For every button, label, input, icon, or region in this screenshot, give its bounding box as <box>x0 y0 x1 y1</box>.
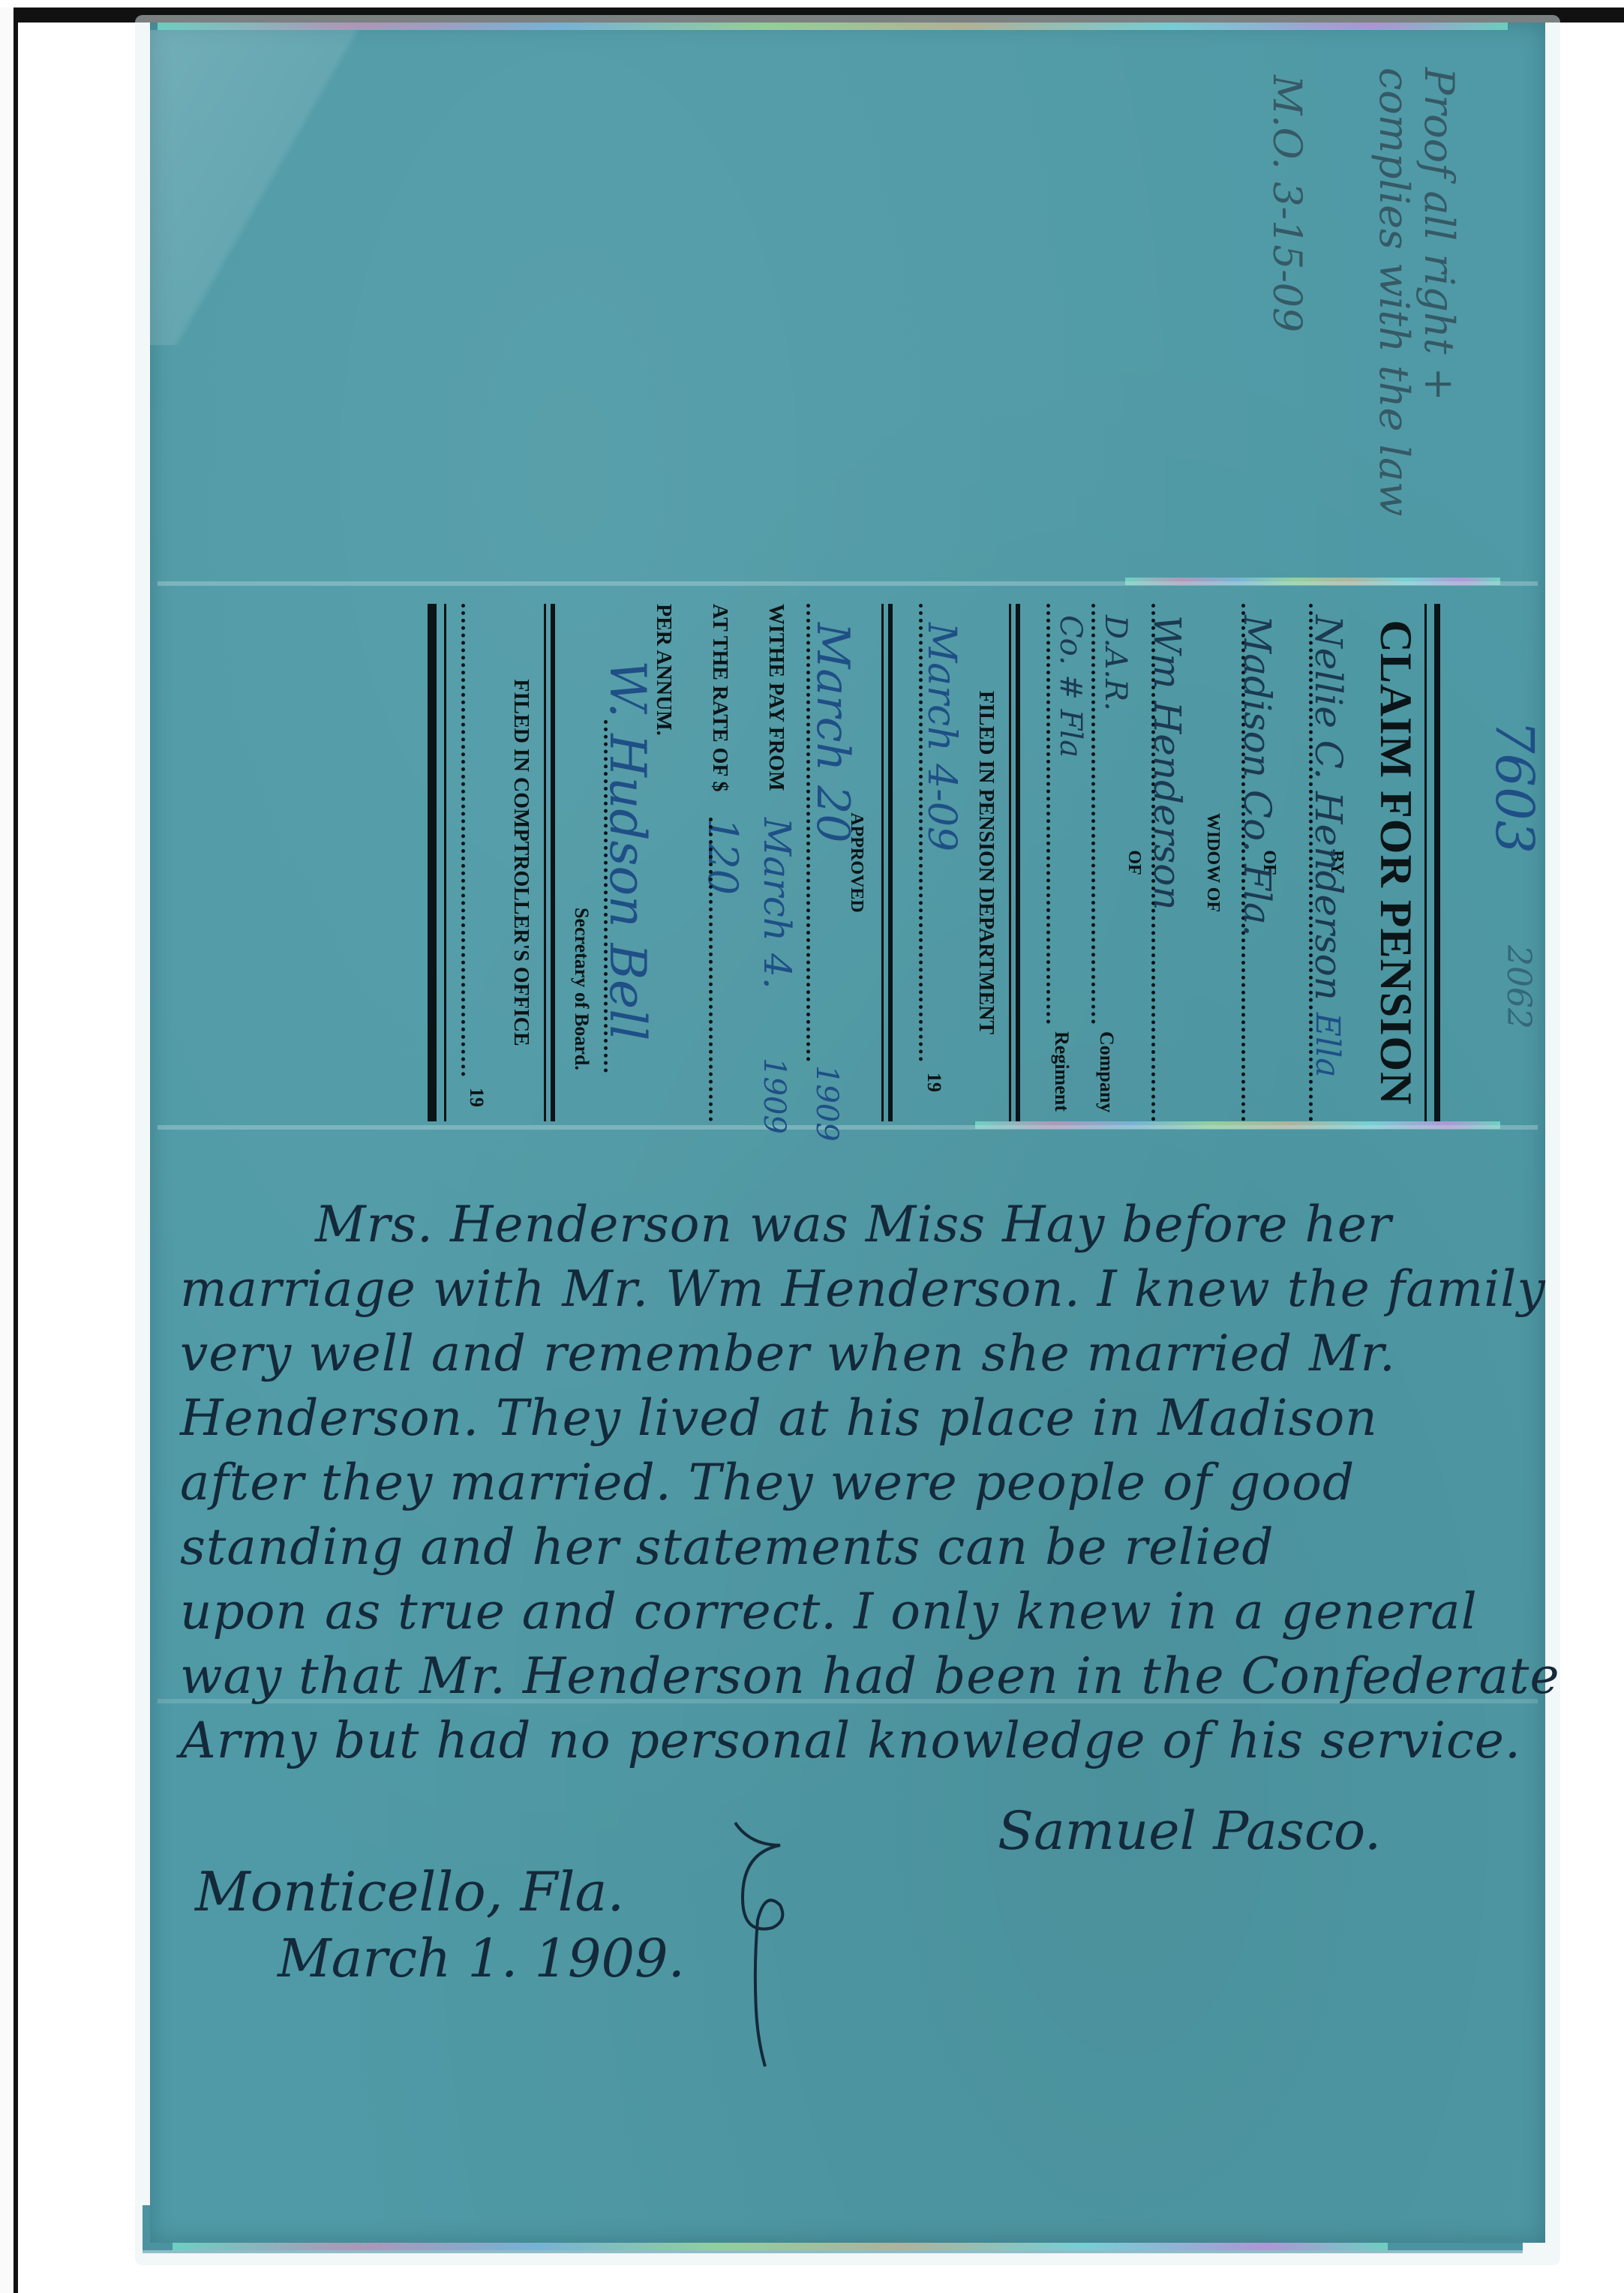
claimant-residence: Madison Co. Fla. <box>1235 615 1279 937</box>
regiment-value: Co. # Fla <box>1053 615 1088 758</box>
company-label: Company <box>1095 1031 1118 1112</box>
rate-line <box>709 818 743 1121</box>
pay-from-year: 1909 <box>757 1058 791 1134</box>
pen-flourish-icon <box>720 1815 810 2070</box>
claim-number-faint: 2062 <box>1499 945 1538 1029</box>
comptroller-line <box>461 604 495 1076</box>
form-title: CLAIM FOR PENSION <box>1370 593 1421 1133</box>
approved-year: 1909 <box>809 1065 844 1142</box>
pay-from-label: WITHE PAY FROM <box>764 604 788 791</box>
scanner-frame-left <box>0 8 18 2293</box>
bottom-rule-thick <box>428 604 437 1121</box>
company-value: D.A.R. <box>1098 615 1133 711</box>
approved-value: March 20 <box>806 623 859 843</box>
sleeve-edge-reflection-bottom <box>173 2243 1388 2250</box>
comptroller-year: 19 <box>465 1088 488 1107</box>
comptroller-rule-thin <box>544 604 546 1121</box>
pencil-note-line2: complies with the law <box>1370 68 1418 516</box>
title-rule-thin <box>1424 604 1427 1121</box>
corner-tape <box>150 30 375 345</box>
sleeve-edge-reflection-top <box>158 23 1508 30</box>
letter-place: Monticello, Fla. <box>195 1860 624 1923</box>
claimant-extra: Ella <box>1308 1013 1346 1078</box>
husband-name: Wm Henderson <box>1145 615 1189 911</box>
pencil-note-line1: Proof all right + <box>1415 68 1463 401</box>
claim-form: 7603 2062 CLAIM FOR PENSION BY Nellie C.… <box>248 593 1538 1133</box>
pencil-note-line3: M.O. 3-15-09 <box>1264 75 1309 332</box>
letter-line-9: Army but had no personal knowledge of hi… <box>180 1709 1530 1773</box>
secretary-line <box>604 720 638 1073</box>
witness-signature: Samuel Pasco. <box>998 1800 1381 1862</box>
pension-rule-thin <box>1009 604 1011 1121</box>
pay-from-value: March 4. <box>755 818 799 989</box>
widow-of-label: WIDOW OF <box>1202 593 1223 1133</box>
bottom-rule-thin <box>444 604 446 1121</box>
letter-line-7: upon as true and correct. I only knew in… <box>180 1580 1530 1644</box>
approved-rule-thin <box>881 604 884 1121</box>
filed-pension-label: FILED IN PENSION DEPARTMENT <box>974 593 998 1133</box>
pension-rule-thick <box>1016 604 1020 1121</box>
title-rule-thick <box>1434 604 1440 1121</box>
letter-line-4: Henderson. They lived at his place in Ma… <box>180 1386 1530 1451</box>
letter-line-2: marriage with Mr. Wm Henderson. I knew t… <box>180 1257 1530 1322</box>
fold-line-upper <box>158 581 1538 586</box>
claimant-name: Nellie C. Henderson <box>1307 615 1350 1001</box>
rate-label: AT THE RATE OF $ <box>707 604 731 792</box>
letter-line-1: Mrs. Henderson was Miss Hay before her <box>180 1193 1530 1257</box>
claim-number: 7603 <box>1484 720 1545 854</box>
filed-pension-year: 19 <box>923 1073 945 1092</box>
letter-date: March 1. 1909. <box>278 1928 685 1989</box>
letter-line-5: after they married. They were people of … <box>180 1451 1530 1515</box>
letter-line-6: standing and her statements can be relie… <box>180 1515 1530 1580</box>
letter-line-8: way that Mr. Henderson had been in the C… <box>180 1644 1530 1709</box>
comptroller-label: FILED IN COMPTROLLER'S OFFICE <box>509 593 533 1133</box>
approved-rule-thick <box>888 604 893 1121</box>
letter-line-3: very well and remember when she married … <box>180 1322 1530 1386</box>
filed-pension-value: March 4-09 <box>919 623 964 851</box>
witness-affidavit: Mrs. Henderson was Miss Hay before her m… <box>180 1193 1530 1773</box>
comptroller-rule-thick <box>551 604 555 1121</box>
regiment-label: Regiment <box>1050 1031 1073 1112</box>
secretary-label: Secretary of Board. <box>570 908 593 1070</box>
